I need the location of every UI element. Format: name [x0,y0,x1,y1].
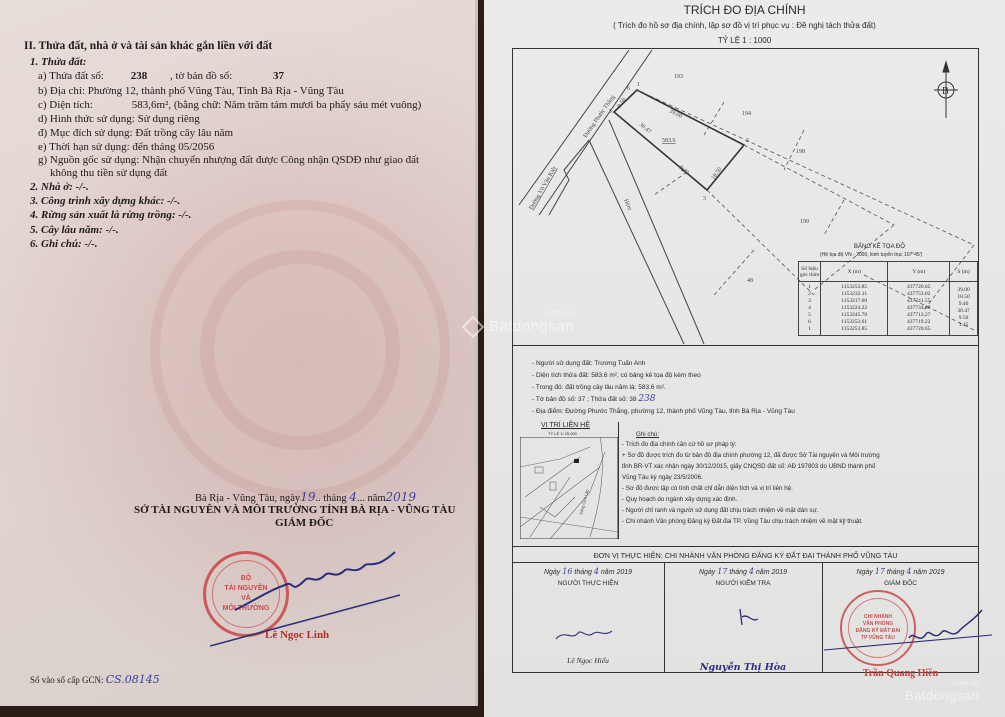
land-certificate-page: II. Thửa đất, nhà ở và tài sản khác gắn … [0,0,478,706]
table-cell: 1153217.60 [822,298,886,305]
director-title: GIÁM ĐỐC [275,517,333,529]
note-2: + Sơ đồ được trích đo từ bản đồ địa chín… [622,450,880,461]
map-sheet-label: , tờ bản đồ số: [170,70,232,82]
parcel-label: a) Thửa đất số: [38,70,104,82]
usage-form: d) Hình thức sử dụng: Sử dụng riêng [38,113,200,125]
table-cell: 30.47 [951,308,976,315]
parcel-number-row: a) Thửa đất số: 238 , tờ bản đồ số: 37 [38,70,284,82]
emblem-background-inner [200,250,400,450]
extract-title: TRÍCH ĐO ĐỊA CHÍNH [484,3,1005,17]
table-cell: 2 [800,291,819,298]
coord-table-subtitle: (Hệ tọa độ VN - 2000, kinh tuyến trục 10… [820,252,922,258]
map-divider [512,345,979,346]
table-cell: 1153224.22 [822,305,886,312]
table-cell: 437720.65 [889,284,948,291]
coordinate-table: Số hiệu góc thửa X (m) Y (m) S (m) 12345… [798,261,978,336]
watermark-logo-icon [462,316,485,339]
edge-2-3: 18.50 [711,167,724,182]
table-cell: 5 [800,312,819,319]
watermark-center: Batdongsan.com.vn [465,318,574,335]
signer-name: Lê Ngọc Linh [265,629,329,641]
registry-row: Số vào sổ cấp GCN: CS.08145 [30,673,160,686]
table-cell: 1.45 [951,322,976,329]
performer-signature [554,625,614,645]
extract-subtitle: ( Trích đo hồ sơ địa chính, lập sơ đồ vị… [484,21,1005,30]
neighbor-194: 194 [742,111,751,117]
svg-text:B: B [942,86,949,97]
svg-text:4: 4 [681,168,684,174]
neighbor-198: 198 [796,149,805,155]
watermark-corner: Batdongsan.com.vn [905,688,979,703]
director-name: Trần Quang Hiền [822,668,979,679]
location-address: - Địa điểm: Đường Phước Thắng, phường 12… [532,406,795,418]
neighbor-48: 48 [747,278,753,284]
house-item: 2. Nhà ở: -/-. [30,181,89,193]
section-title: II. Thửa đất, nhà ở và tài sản khác gắn … [24,40,272,52]
usage-purpose: đ) Mục đích sử dụng: Đất trồng cây lâu n… [38,127,233,139]
note-8: - Chi nhánh Văn phòng Đăng ký Đất đai TP… [622,516,863,527]
area-value: 583,6m², (bằng chữ: Năm trăm tám mươi ba… [132,99,422,111]
land-user: - Người sử dụng đất: Trương Tuấn Anh [532,358,645,370]
table-cell: 437719.22 [889,319,948,326]
parcel-number: 238 [131,70,148,82]
sheet-parcel-line: - Tờ bản đồ số: 37 ; Thửa đất số: 38 238 [532,394,656,406]
land-heading: 1. Thửa đất: [30,56,86,68]
address: b) Địa chỉ: Phường 12, thành phố Vũng Tà… [38,85,344,97]
table-cell: 1153253.85 [822,326,886,333]
note-7: - Người chỉ ranh và người sử dụng đất ch… [622,505,818,516]
land-use-breakdown: - Trong đó: đất trồng cây lâu năm là: 58… [532,382,666,394]
svg-text:5: 5 [609,109,612,115]
table-cell: 6 [800,319,819,326]
usage-term: e) Thời hạn sử dụng: đến tháng 05/2056 [38,141,214,153]
cadastral-extract-page: TRÍCH ĐO ĐỊA CHÍNH ( Trích đo hồ sơ địa … [484,0,1005,717]
map-sheet-number: 37 [273,70,284,82]
table-cell: 437734.88 [889,305,948,312]
table-cell: 1153232.11 [822,291,886,298]
table-cell: 3 [800,298,819,305]
issue-month: 4 [349,490,357,504]
inspector-role: NGƯỜI KIỂM TRA [664,580,822,587]
origin-line-1: g) Nguồn gốc sử dụng: Nhận chuyển nhượng… [38,154,419,166]
table-cell: 437741.55 [889,298,948,305]
inspector-signature [734,605,764,629]
table-cell: 1 [800,284,819,291]
table-cell: 18.50 [951,294,976,301]
map-scale: TỶ LỆ 1 : 1000 [484,36,1005,45]
performer-role: NGƯỜI THỰC HIỆN [512,580,664,587]
other-construction-item: 3. Công trình xây dựng khác: -/-. [30,195,180,207]
issuing-authority: SỞ TÀI NGUYÊN VÀ MÔI TRƯỜNG TỈNH BÀ RỊA … [134,504,455,516]
executing-unit: ĐƠN VỊ THỰC HIỆN: CHI NHÁNH VĂN PHÒNG ĐĂ… [512,551,979,560]
table-cell: 437713.27 [889,312,948,319]
director-role: GIÁM ĐỐC [822,580,979,587]
note-6: - Quy hoạch do ngành xây dựng xác định. [622,494,737,505]
perennial-tree-item: 5. Cây lâu năm: -/-. [30,224,119,236]
inspector-name: Nguyễn Thị Hòa [664,662,822,673]
director-signature [814,600,994,660]
location-map: Sông Cửa Lấp [520,437,618,539]
table-cell: 1153245.70 [822,312,886,319]
note-item: 6. Ghi chú: -/-. [30,238,98,250]
land-area: - Diện tích thửa đất: 583.6 m², có bảng … [532,370,701,382]
performer-name: Lê Ngọc Hiếu [512,656,664,665]
svg-text:2: 2 [746,138,749,144]
issue-date: Bà Rịa - Vũng Tàu, ngày19.. tháng 4... n… [195,490,416,504]
table-cell: 437753.02 [889,291,948,298]
area-label: c) Diện tích: [38,99,93,111]
table-row: 12345611153253.851153232.111153217.60115… [799,282,978,336]
svg-text:6: 6 [627,86,630,92]
note-1: - Trích đo địa chính căn cứ hồ sơ pháp l… [622,439,736,450]
table-cell: 39.00 [951,287,976,294]
sig-col-divider-1 [664,562,665,673]
parcel-area-label: 583.6 [662,138,676,144]
road-hem: Hẻm [622,198,632,211]
svg-text:Sông Cửa Lấp: Sông Cửa Lấp [578,488,590,515]
performer-date: Ngày 16 tháng 4 năm 2019 [512,567,664,576]
unit-divider [512,546,979,547]
edge-1-2: 39.00 [668,108,683,119]
location-title: VỊ TRÍ LIÊN HỆ [541,420,590,432]
inspector-date: Ngày 17 tháng 4 năm 2019 [664,567,822,576]
table-cell: 9.40 [951,301,976,308]
table-cell: 1153253.85 [822,284,886,291]
note-4: Vũng Tàu ký ngày 23/5/2006. [622,472,703,483]
coord-table-title: BẢNG KÊ TỌA ĐỘ [854,244,905,250]
registry-number: CS.08145 [106,673,160,686]
issue-day: 19 [300,490,315,504]
svg-text:3: 3 [703,196,706,202]
table-cell: 437720.65 [889,326,948,333]
road-vo-van-kiet: Đường Võ Văn Kiệt [529,166,559,211]
note-5: - Sơ đồ được lập có tính chất chỉ dẫn di… [622,483,793,494]
director-date: Ngày 17 tháng 4 năm 2019 [822,567,979,576]
table-cell: 4 [800,305,819,312]
svg-text:1: 1 [637,82,640,88]
table-cell: 9.50 [951,315,976,322]
road-phuoc-thang: Đường Phước Thắng [582,94,617,139]
issue-year: 2019 [386,490,417,504]
location-scale: TỶ LỆ 1/ 25.000 [548,431,577,436]
table-cell: 1 [800,326,819,333]
neighbor-199: 199 [800,219,809,225]
neighbor-193: 193 [674,74,683,80]
signature-divider [512,562,979,563]
note-3: tỉnh BR-VT xác nhận ngày 30/12/2015, giấ… [622,461,875,472]
parcel-outline [614,90,744,190]
north-arrow-icon: B [934,62,958,118]
location-divider [618,422,619,539]
area-row: c) Diện tích: 583,6m², (bằng chữ: Năm tr… [38,99,421,111]
origin-line-2: không thu tiền sử dụng đất [50,167,167,179]
table-cell: 1153253.61 [822,319,886,326]
production-forest-item: 4. Rừng sản xuất là rừng trồng: -/-. [30,209,191,221]
